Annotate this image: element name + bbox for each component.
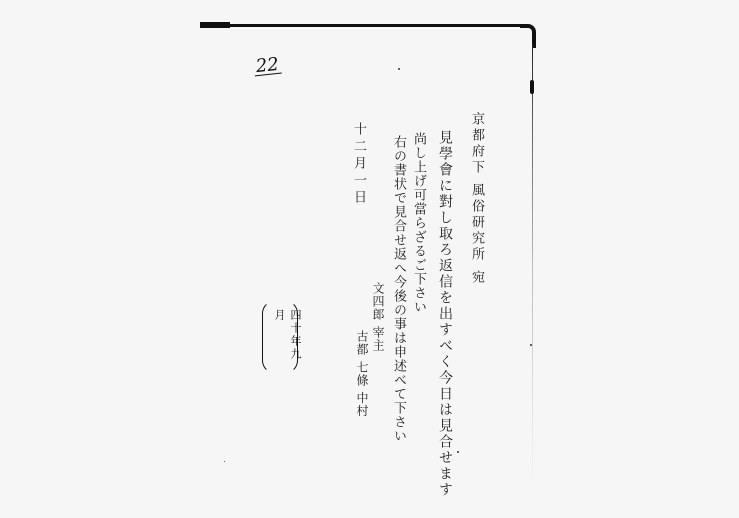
page-right-edge xyxy=(532,44,533,484)
ink-blot xyxy=(530,80,534,94)
page-number: 22 xyxy=(253,57,282,77)
scan-speck xyxy=(398,68,400,70)
addressee-line: 京都府下 風俗研究所 宛 xyxy=(470,112,483,286)
body-line-2: 尚し上げ可當らざるご下さい xyxy=(412,132,425,314)
scan-speck xyxy=(530,344,532,346)
sender-line-1: 文四郎 宰主 xyxy=(372,282,384,352)
annotation-text: 四十年九月 xyxy=(271,309,303,373)
page-corner xyxy=(520,24,536,48)
scanned-document-page: 22 京都府下 風俗研究所 宛 見學會に對し取ろ返信を出すべく今日は見合せます … xyxy=(0,0,739,518)
scan-speck xyxy=(224,461,225,462)
date-line: 十二月一日 xyxy=(352,122,365,207)
body-line-1: 見學會に對し取ろ返信を出すべく今日は見合せます xyxy=(438,130,452,498)
sender-line-2: 古都 七條 中村 xyxy=(356,330,368,418)
body-line-3: 右の書状で見合せ返へ今後の事は申述べて下さい xyxy=(392,135,405,443)
scan-speck xyxy=(457,451,459,453)
page-top-edge xyxy=(200,24,528,27)
parenthetical-annotation: 四十年九月 xyxy=(262,300,298,374)
